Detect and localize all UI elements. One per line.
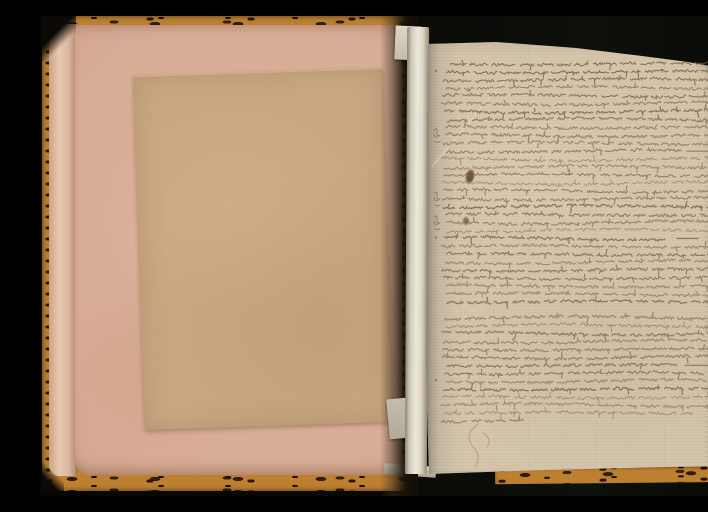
ink-blot-lower [462,216,470,226]
page-fore-edge-stack [704,36,708,478]
pasted-sheet [133,68,394,430]
cover-corner-wear-bottom-left [42,461,64,491]
manuscript-page [426,36,708,478]
page-laid-texture [426,36,708,478]
flyleaf-edge [49,24,77,476]
book-scan-photo: Photograph of an open bound volume: marb… [40,16,708,496]
inside-front-cover [42,16,408,491]
cover-corner-wear-top-left [42,16,76,62]
scene-caption: Photograph of an open bound volume: marb… [40,16,41,17]
binding-guard-strip [405,27,429,474]
